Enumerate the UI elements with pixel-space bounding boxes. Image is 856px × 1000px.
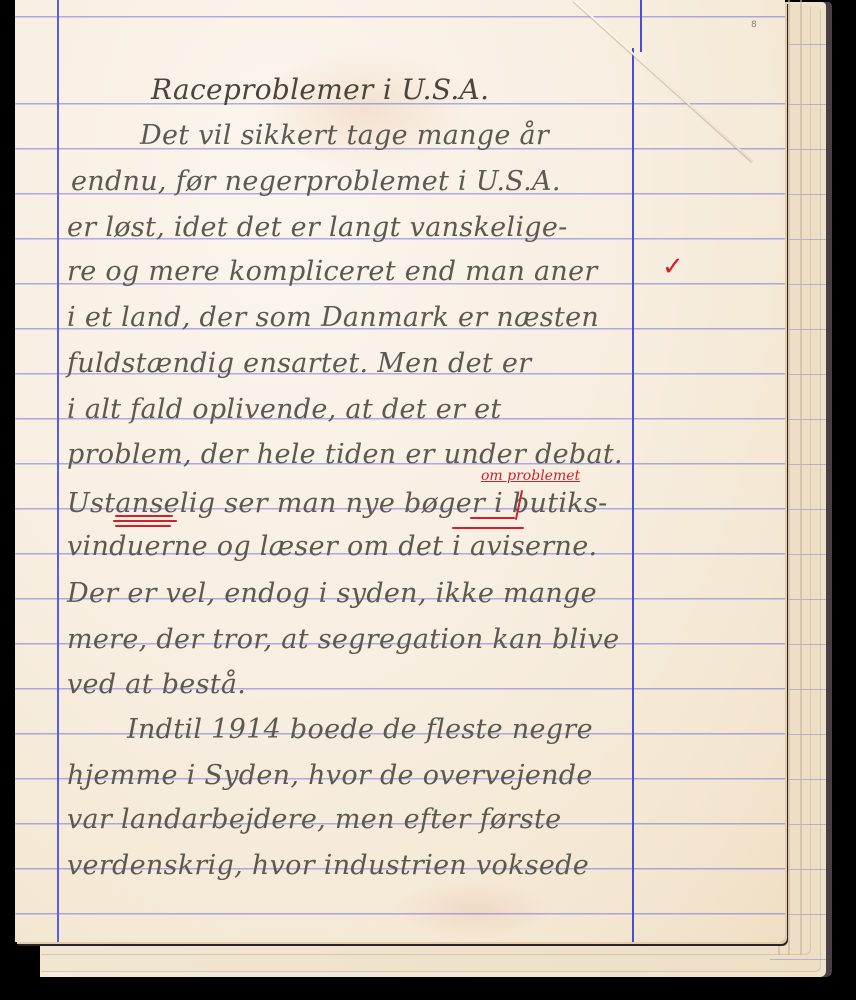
notebook-page: 8 Raceproblemer i U.S.A. Det vil sikkert… — [15, 0, 785, 942]
notebook-photo: 8 Raceproblemer i U.S.A. Det vil sikkert… — [0, 0, 856, 1000]
text-line: er løst, idet det er langt vanskelige- — [67, 214, 568, 241]
page-number: 8 — [751, 20, 757, 30]
correction-underline — [470, 517, 515, 519]
right-margin-line — [632, 48, 634, 942]
correction-underline — [115, 515, 173, 517]
document-title: Raceproblemer i U.S.A. — [151, 76, 489, 104]
text-line: Der er vel, endog i syden, ikke mange — [67, 580, 597, 607]
text-line: i et land, der som Danmark er næsten — [67, 304, 599, 331]
text-line: re og mere kompliceret end man aner — [67, 258, 598, 285]
text-line: problem, der hele tiden er under debat. — [67, 441, 623, 468]
text-line: hjemme i Syden, hvor de overvejende — [67, 762, 593, 789]
text-line: mere, der tror, at segregation kan blive — [67, 626, 619, 653]
margin-correction-mark: ✓ — [662, 252, 684, 282]
text-line: Det vil sikkert tage mange år — [140, 122, 549, 149]
text-line: ved at bestå. — [67, 671, 246, 698]
correction-insertion: om problemet — [481, 468, 580, 484]
text-line: Ustanselig ser man nye bøger i butiks- — [67, 490, 608, 517]
text-line: endnu, før negerproblemet i U.S.A. — [71, 168, 561, 195]
text-line: Indtil 1914 boede de fleste negre — [127, 716, 593, 743]
text-line: vinduerne og læser om det i aviserne. — [67, 533, 597, 560]
text-line: fuldstændig ensartet. Men det er — [67, 350, 531, 377]
correction-underline — [452, 527, 524, 529]
page-edge — [800, 0, 802, 955]
correction-underline — [113, 520, 177, 522]
text-line: var landarbejdere, men efter første — [67, 806, 561, 833]
page-edge — [788, 0, 790, 955]
left-margin-line — [57, 0, 59, 942]
text-line: verdenskrig, hvor industrien voksede — [67, 852, 589, 879]
correction-underline — [115, 525, 171, 527]
right-margin-line-top — [640, 0, 642, 52]
text-line: i alt fald oplivende, at det er et — [67, 396, 502, 423]
